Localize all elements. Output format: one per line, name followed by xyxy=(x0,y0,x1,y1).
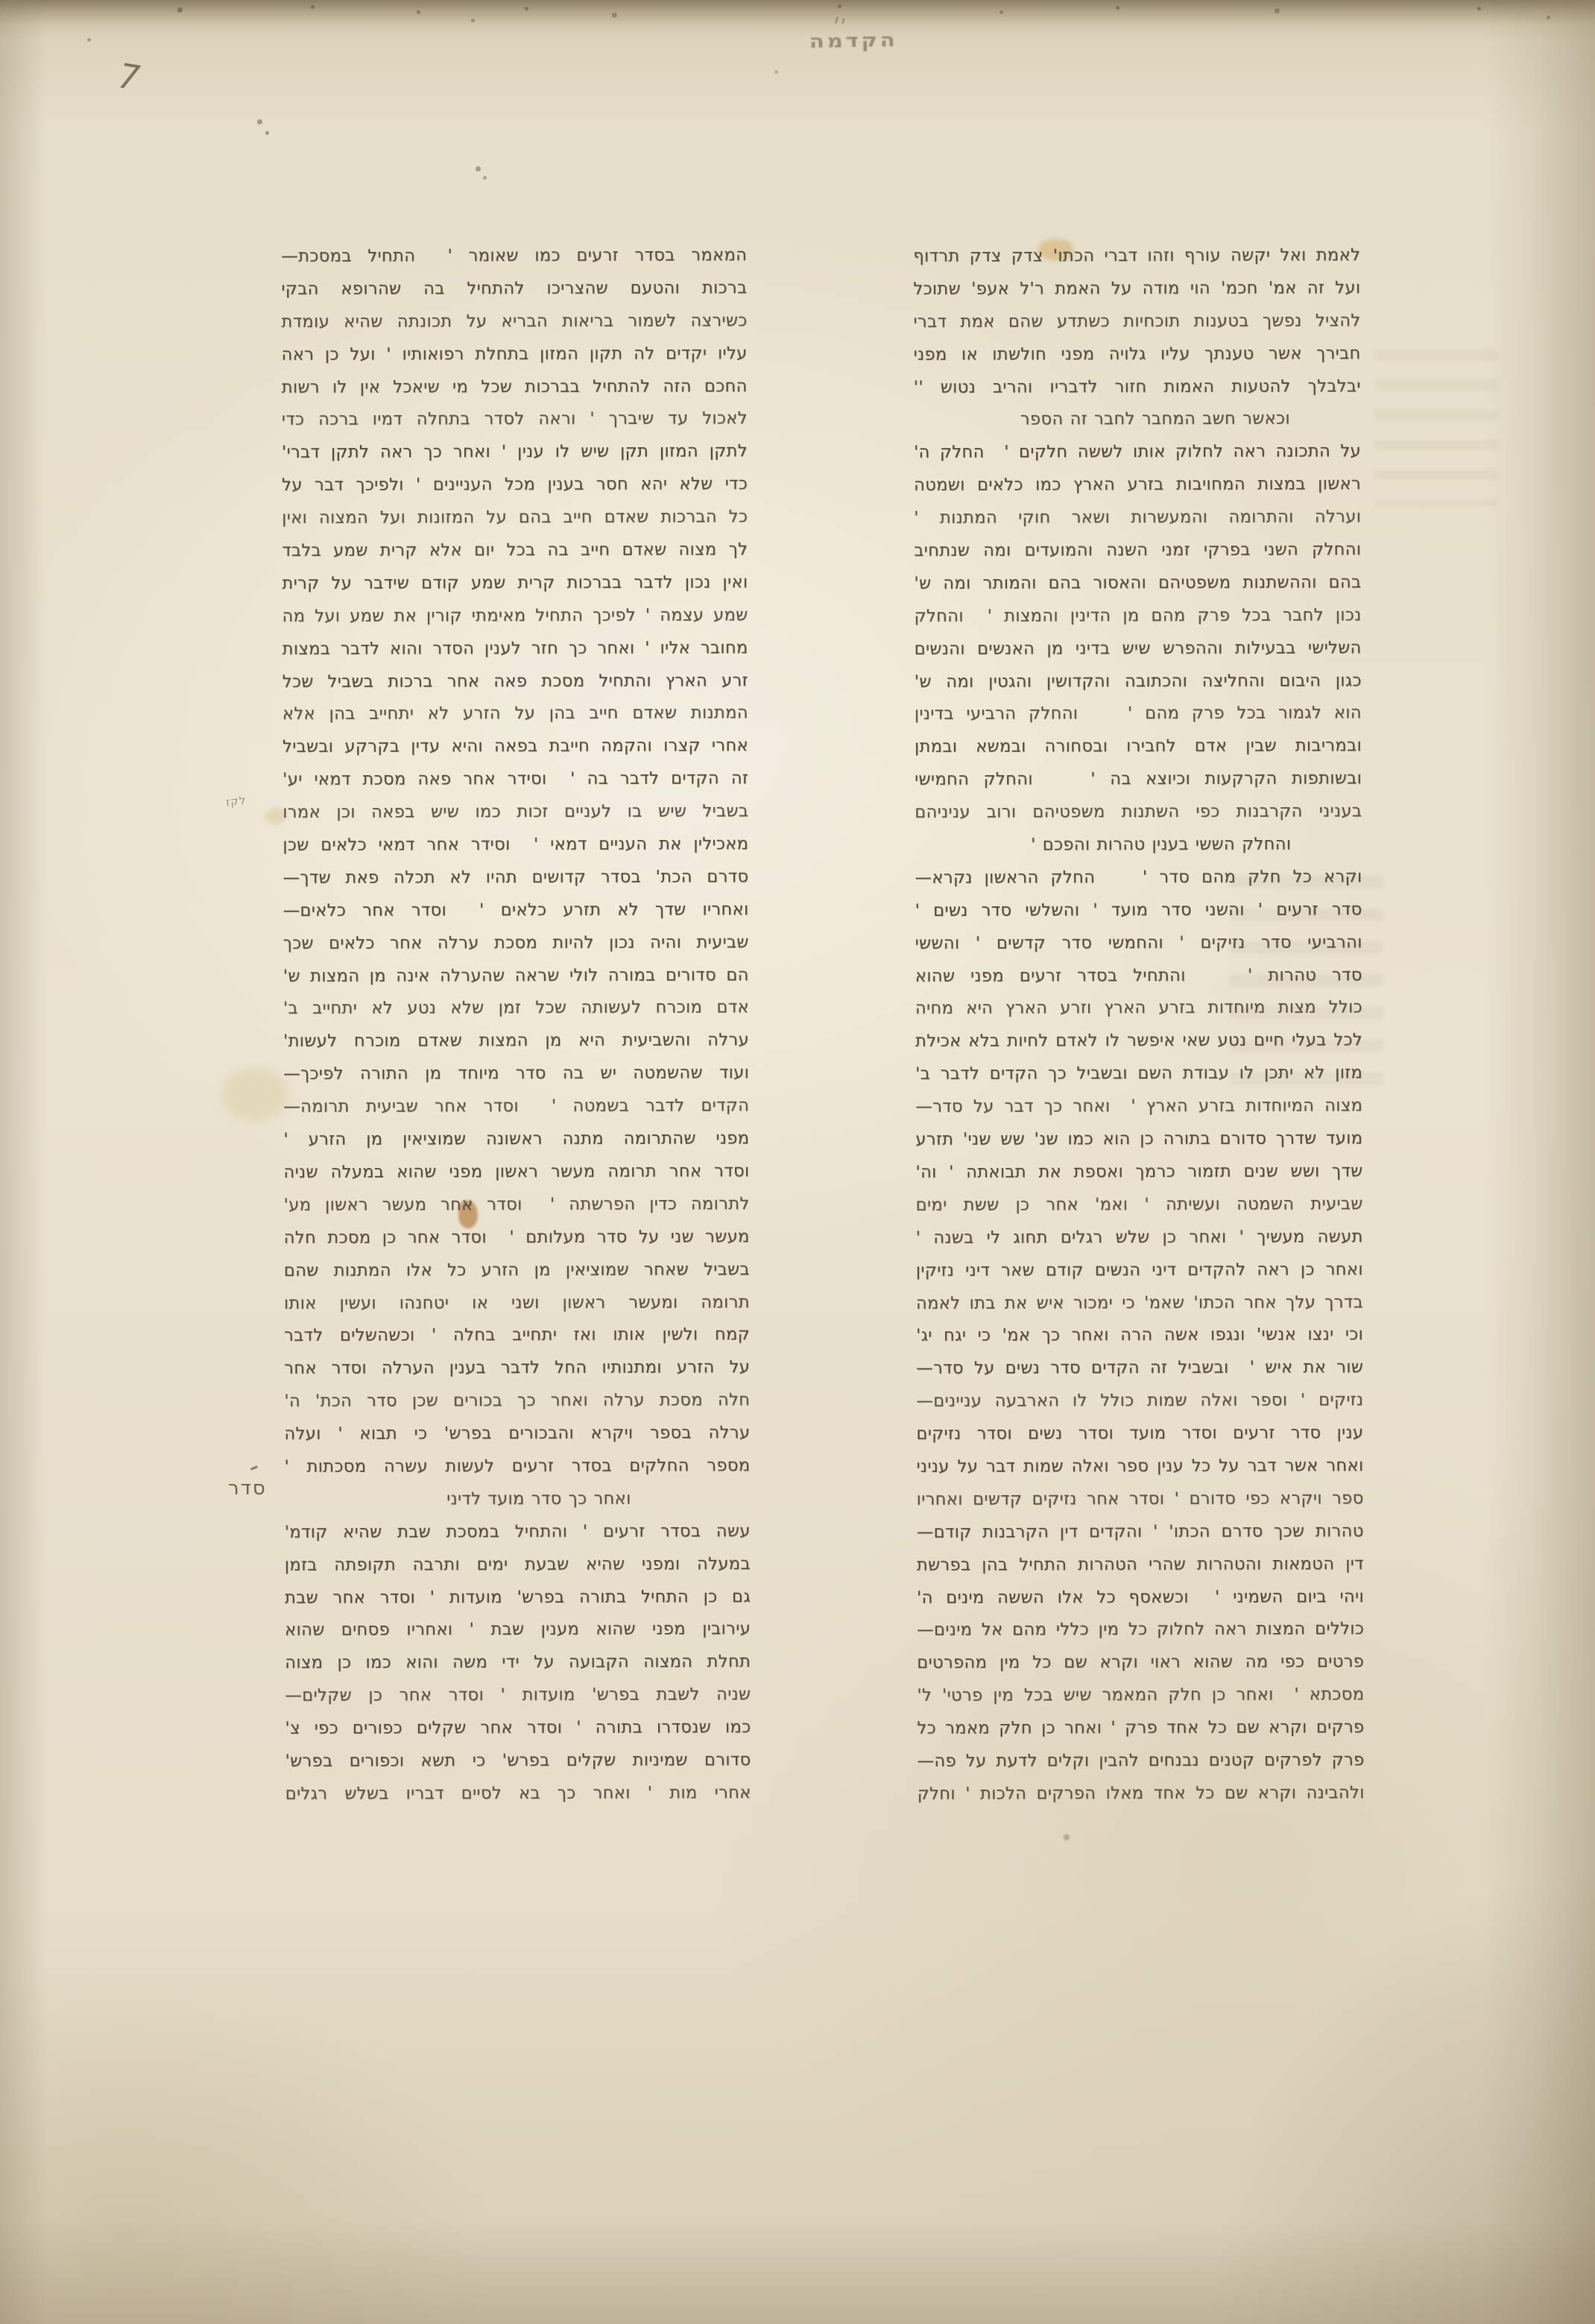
margin-note-gloss: לקז xyxy=(225,794,247,809)
text-line: ועוד שהשמטה יש בה סדר מיוחד מן התורה לפי… xyxy=(283,1057,749,1091)
text-line: כשירצה לשמור בריאות הבריא על תכונתה שהיא… xyxy=(281,305,747,339)
text-line: לתקן המזון תקן שיש לו ענין ' ואחר כך ראה… xyxy=(282,436,748,470)
text-line: הם סדורים במורה לולי שראה שהערלה אינה מן… xyxy=(283,959,749,994)
text-line: כדי שלא יהא חסר בענין מכל העניינים ' ולפ… xyxy=(282,468,748,502)
parchment-left-edge xyxy=(0,0,48,2324)
text-line: ראשון במצות המחויבות בזרע הארץ כמו כלאים… xyxy=(914,468,1361,502)
manuscript-page: 7 הקדמה לאמת ואל יקשה עורף וזהו דברי הכת… xyxy=(0,0,1595,2324)
text-line: בעניני הקרבנות כפי השתנות משפטיהם ורוב ע… xyxy=(915,795,1362,829)
text-line: עליו יקדים לה תקון המזון בתחלת רפואותיו … xyxy=(282,338,748,372)
text-line: ובמריבות שבין אדם לחבירו ובסחורה ובמשא ו… xyxy=(915,730,1362,764)
text-line: בהם וההשתנות משפטיהם והאסור בהם והמותר ו… xyxy=(914,566,1361,600)
text-line: להציל נפשך בטענות תוכחיות כשתדע שהם אמת … xyxy=(913,305,1360,338)
text-column-right: לאמת ואל יקשה עורף וזהו דברי הכתו' צדק צ… xyxy=(913,239,1365,1810)
text-line: וסדר אחר תרומה מעשר ראשון מפני שהוא במעל… xyxy=(283,1155,749,1190)
folio-number: 7 xyxy=(111,56,146,98)
text-line: ואחר כך סדר מועד לדיני הפרטים כמו ש' xyxy=(285,1483,751,1517)
text-line: קמח ולשין אותו ואז יתחייב בחלה ' וכשהשלי… xyxy=(284,1319,750,1354)
text-line: ערלה והשביעית היא מן המצות שאדם מוכרח לע… xyxy=(283,1025,749,1059)
text-line: דין הטמאות והטהרות שהרי הטהרות התחיל בהן… xyxy=(917,1548,1364,1582)
foxing-speckles xyxy=(0,0,2,2)
text-line: כמו שנסדרו בתורה ' וסדר אחר שקלים כפורים… xyxy=(285,1711,751,1746)
text-line: במעלה ומפני שהיא שבעת ימים ותרבה תקופתה … xyxy=(285,1548,751,1582)
text-line: חבירך אשר טענתך עליו גלויה מפני חולשתו א… xyxy=(914,338,1361,371)
text-line: מועד שדרך סדורם בתורה כן הוא כמו שנ' שש … xyxy=(915,1122,1362,1156)
text-line: כגון היבום והחליצה והכתובה והקדושין והגט… xyxy=(915,665,1362,698)
text-line: שמע עצמה ' לפיכך התחיל מאימתי קורין את ש… xyxy=(282,599,748,634)
text-line: נכון לחבר בכל פרק מהם מן הדינין והמצות '… xyxy=(915,599,1362,633)
text-line: שדך ושש שנים תזמור כרמך ואספת את תבואתה … xyxy=(915,1155,1362,1189)
text-line: בשביל שיש בו לעניים זכות כמו שיש בפאה וכ… xyxy=(282,795,748,830)
text-line: מזון לא יתכן לו עבודת השם ובשביל כך הקדי… xyxy=(915,1057,1362,1090)
text-line: שביעית והיה נכון להיות מסכת ערלה אחר כלא… xyxy=(283,926,749,961)
header-flourish-mark xyxy=(833,16,850,27)
text-line: השלישי בבעילות וההפרש שיש בדיני מן האנשי… xyxy=(915,632,1362,666)
text-line: מאכילין את העניים דמאי ' וסידר אחר דמאי … xyxy=(282,828,748,862)
text-line: פרק לפרקים קטנים נבנחים להבין וקלים לדעת… xyxy=(917,1744,1365,1778)
text-line: סדר טהרות ' והתחיל בסדר זרעים מפני שהוא xyxy=(915,959,1362,993)
text-line: ובשותפות הקרקעות וכיוצא בה ' והחלק החמיש… xyxy=(915,762,1362,796)
text-line: סדרם הכת' בסדר קדושים תהיו לא תכלה פאת ש… xyxy=(282,861,748,895)
stain xyxy=(222,1067,288,1121)
text-line: ויהי ביום השמיני ' וכשאסף כל אלו הששה מי… xyxy=(917,1581,1364,1614)
text-line: לאמת ואל יקשה עורף וזהו דברי הכתו' צדק צ… xyxy=(913,239,1360,273)
text-line: אדם מוכרח לעשותה שכל זמן שלא נטע לא יתחי… xyxy=(283,992,749,1026)
text-line: מצוה המיוחדות בזרע הארץ ' ואחר כך דבר על… xyxy=(915,1090,1362,1123)
text-line: מפני שהתרומה מתנה ראשונה שמוציאין מן הזר… xyxy=(283,1122,749,1157)
text-column-left: המאמר בסדר זרעים כמו שאומר ' התחיל במסכת… xyxy=(281,239,751,1810)
text-line: חלה מסכת ערלה ואחר כך בכורים שכן סדר הכת… xyxy=(284,1384,750,1418)
text-line: וערלה והתרומה והמעשרות ושאר חוקי המתנות … xyxy=(914,501,1361,534)
text-line: גם כן התחיל בתורה בפרש' מועדות ' וסדר אח… xyxy=(285,1581,751,1615)
text-line: שור את איש ' ובשביל זה הקדים סדר נשים על… xyxy=(916,1351,1363,1385)
margin-note-tick xyxy=(250,1465,258,1471)
text-line: זה הקדים לדבר בה ' וסידר אחר פאה מסכת דמ… xyxy=(282,762,748,797)
text-line: כוללים המצות ראה לחלוק כל מין כללי מהם א… xyxy=(917,1614,1364,1647)
text-line: עירובין מפני שהוא מענין שבת ' ואחריו פסח… xyxy=(285,1614,751,1648)
text-line: לאכול עד שיברך ' וראה לסדר בתחלה דמיו בר… xyxy=(282,403,748,438)
text-line: וקרא כל חלק מהם סדר ' החלק הראשון נקרא— xyxy=(915,861,1362,894)
text-line: ואין נכון לדבר בברכות קרית שמע קודם שידב… xyxy=(282,566,748,601)
text-line: ענין סדר זרעים וסדר מועד וסדר נשים וסדר … xyxy=(916,1417,1363,1450)
text-line: לך מצוה שאדם חייב בה בכל יום אלא קרית שמ… xyxy=(282,534,748,568)
corner-shadow xyxy=(1207,1862,1595,2324)
text-line: ולהבינה וקרא שם כל אחד מאלו הפרקים הלכות… xyxy=(917,1777,1365,1810)
text-line: על התכונה ראה לחלוק אותו לששה חלקים ' הח… xyxy=(914,436,1361,470)
text-line: ועל זה אמ' חכמ' הוי מודה על האמת ר'ל אעפ… xyxy=(913,272,1360,306)
text-line: פרקים וקרא שם כל אחד פרק ' ואחר כן חלק מ… xyxy=(917,1711,1364,1745)
text-line: נזיקים ' וספר ואלה שמות כולל לו הארבעה ע… xyxy=(916,1384,1363,1418)
text-line: תעשה מעשיך ' ואחר כן שלש רגלים תחוג לי ב… xyxy=(916,1221,1363,1254)
text-line: עשה בסדר זרעים ' והתחיל במסכת שבת שהיא ק… xyxy=(285,1515,751,1550)
text-line: אחרי קצרו והקמה חייבת בפאה והיא עדין בקר… xyxy=(282,730,748,765)
text-line: מעשר שני על סדר מעלותם ' וסדר אחר כן מסכ… xyxy=(284,1221,750,1255)
text-line: ערלה בספר ויקרא והבכורים בפרש' כי תבוא '… xyxy=(284,1417,750,1451)
parchment-top-edge xyxy=(0,0,1595,25)
text-line: והחלק השני בפרקי זמני השנה והמועדים ומה … xyxy=(914,534,1361,567)
text-line: סדורם שמיניות שקלים בפרש' כי תשא וכפורים… xyxy=(285,1744,751,1778)
text-line: אחרי מות ' ואחר כך בא לסיים דבריו בשלש ר… xyxy=(285,1777,751,1811)
stain xyxy=(1064,1834,1070,1840)
text-line: הקדים לדבר בשמטה ' וסדר אחר שביעית תרומה… xyxy=(283,1090,749,1124)
text-line: המאמר בסדר זרעים כמו שאומר ' התחיל במסכת… xyxy=(281,239,747,274)
text-line: ואחר אשר דבר על כל ענין ספר ואלה שמות דב… xyxy=(916,1450,1363,1483)
text-line: בשביל שאחר שמוציאין מן הזרע כל אלו המתנו… xyxy=(284,1254,750,1288)
text-line: ברכות והטעם שהצריכו להתחיל בה שהרופא הבק… xyxy=(281,272,747,306)
text-line: בדרך עלך אחר הכתו' שאמ' כי ימכור איש את … xyxy=(916,1286,1363,1320)
text-line: יבלבלך להטעות האמות חזור לדבריו והריב נט… xyxy=(914,370,1361,404)
text-line: וכי ינצו אנשי' ונגפו אשה הרה ואחר כך אמ'… xyxy=(916,1319,1363,1353)
text-line: פרטים כפי מה שהוא ראוי וקרא שם כל מין מה… xyxy=(917,1646,1364,1680)
text-line: שביעית השמטה ועשיתה ' ואמ' אחר כן ששת ימ… xyxy=(916,1188,1363,1222)
text-line: ואחריו שדך לא תזרע כלאים ' וסדר אחר כלאי… xyxy=(283,894,749,928)
text-line: המתנות שאדם חייב בהן על הזרע לא יתחייב ב… xyxy=(282,698,748,732)
text-line: מסכתא ' ואחר כן חלק המאמר שיש בכל מין פר… xyxy=(917,1679,1364,1712)
text-line: תרומה ומעשר ראשון ושני או יטחנהו ועשין א… xyxy=(284,1286,750,1321)
text-line: על הזרע ומתנותיו החל לדבר בענין הערלה וס… xyxy=(284,1351,750,1386)
text-line: כולל מצות מיוחדות בזרע הארץ וזרע הארץ הי… xyxy=(915,992,1362,1026)
text-line: וכאשר חשב המחבר לחבר זה הספר xyxy=(914,403,1361,437)
margin-note-seder: סדר xyxy=(228,1477,267,1500)
text-line: החכם הזה להתחיל בברכות שכל מי שיאכל אין … xyxy=(282,370,748,405)
text-line: כל הברכות שאדם חייב בהם על המזונות ועל ה… xyxy=(282,501,748,535)
text-line: ואחר כן ראה להקדים דיני הנשים קודם שאר ד… xyxy=(916,1254,1363,1287)
text-line: לכל בעלי חיים נטע שאי איפשר לו לאדם לחיו… xyxy=(915,1025,1362,1058)
page-title: הקדמה xyxy=(770,28,938,53)
text-line: טהרות שכך סדרם הכתו' ' והקדים דין הקרבנו… xyxy=(917,1515,1364,1549)
ink-showthrough xyxy=(1375,350,1498,507)
text-line: מחובר אליו ' ואחר כך חזר לענין הסדר והוא… xyxy=(282,632,748,666)
text-line: והרביעי סדר נזיקים ' והחמשי סדר קדשים ' … xyxy=(915,926,1362,960)
text-line: ספר ויקרא כפי סדורם ' וסדר אחר נזיקים קד… xyxy=(917,1483,1364,1516)
text-line: והחלק הששי בענין טהרות והפכם ' xyxy=(915,828,1362,862)
text-line: זרע הארץ והתחיל מסכת פאה אחר ברכות בשביל… xyxy=(282,665,748,699)
text-line: לתרומה כדין הפרשתה ' וסדר אחר מעשר ראשון… xyxy=(284,1188,750,1222)
text-line: שניה לשבת בפרש' מועדות ' וסדר אחר כן שקל… xyxy=(285,1679,751,1713)
text-line: מספר החלקים בסדר זרעים לעשות עשרה מסכתות… xyxy=(284,1450,750,1484)
text-line: תחלת המצוה הקבועה על ידי משה והוא כמו כן… xyxy=(285,1646,751,1680)
text-line: הוא לגמור בכל פרק מהם ' והחלק הרביעי בדי… xyxy=(915,698,1362,731)
text-line: סדר זרעים ' והשני סדר מועד ' והשלשי סדר … xyxy=(915,894,1362,927)
